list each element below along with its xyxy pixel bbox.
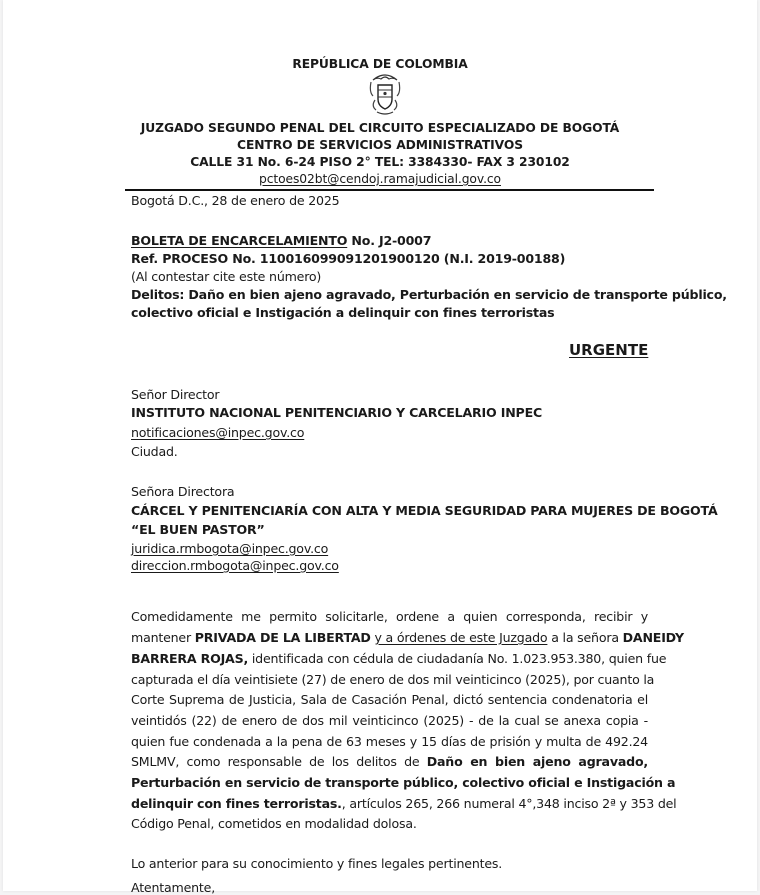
body-line-8: SMLMV, como responsable de los delitos d…	[131, 754, 648, 769]
date-line: Bogotá D.C., 28 de enero de 2025	[131, 193, 339, 208]
citation-note: (Al contestar cite este número)	[131, 269, 321, 284]
process-reference: Ref. PROCESO No. 11001609909120190012­0 …	[131, 251, 565, 266]
crimes-line-2: colectivo oficial e Instigación a delinq…	[131, 305, 554, 320]
document-title-line: BOLETA DE ENCARCELAMIENTO No. J2-0007	[131, 233, 431, 248]
body-line-6: veintidós (22) de enero de dos mil veint…	[131, 713, 648, 728]
coat-of-arms-icon	[367, 72, 403, 116]
body-line-9: Perturbación en servicio de transporte p…	[131, 775, 648, 790]
body-text: mantener	[131, 630, 195, 645]
crimes-line-1: Delitos: Daño en bien ajeno agravado, Pe…	[131, 287, 727, 302]
crime-name: Daño en bien ajeno agravado,	[427, 754, 648, 769]
document-type: BOLETA DE ENCARCELAMIENTO	[131, 233, 347, 248]
service-center: CENTRO DE SERVICIOS ADMINISTRATIVOS	[0, 138, 760, 152]
recipient2-email1-link[interactable]: juridica.rmbogota@inpec.gov.co	[131, 541, 328, 556]
recipient2-email2-link[interactable]: direccion.rmbogota@inpec.gov.co	[131, 558, 339, 573]
recipient1-email-link[interactable]: notificaciones@inpec.gov.co	[131, 425, 304, 440]
urgent-label: URGENTE	[569, 341, 648, 359]
body-text: , artículos 265, 266 numeral 4°,348 inci…	[342, 796, 677, 811]
recipient2-nickname: “EL BUEN PASTOR”	[131, 522, 265, 537]
recipient1-salutation: Señor Director	[131, 387, 219, 402]
body-line-5: Corte Suprema de Justicia, Sala de Casac…	[131, 692, 648, 707]
body-line-4: capturada el día veintisiete (27) de ene…	[131, 672, 648, 687]
person-first-name: DANEIDY	[623, 630, 684, 645]
body-line-7: quien fue condenada a la pena de 63 mese…	[131, 734, 648, 749]
document-number: No. J2-0007	[347, 233, 431, 248]
crime-name: delinquir con fines terroristas.	[131, 796, 342, 811]
sign-off: Atentamente,	[131, 880, 215, 891]
body-line-3: BARRERA ROJAS, identificada con cédula d…	[131, 651, 648, 666]
court-email-link[interactable]: pctoes02bt@cendoj.ramajudicial.gov.co	[0, 172, 760, 186]
recipient1-city: Ciudad.	[131, 444, 178, 459]
body-text: SMLMV, como responsable de los delitos d…	[131, 754, 427, 769]
body-line-2: mantener PRIVADA DE LA LIBERTAD y a órde…	[131, 630, 648, 645]
body-line-1: Comedidamente me permito solicitarle, or…	[131, 609, 648, 624]
recipient2-salutation: Señora Directora	[131, 484, 234, 499]
body-text: a la señora	[547, 630, 622, 645]
custody-status: PRIVADA DE LA LIBERTAD	[195, 630, 371, 645]
recipient1-institution: INSTITUTO NACIONAL PENITENCIARIO Y CARCE…	[131, 405, 542, 420]
court-orders-text: y a órdenes de este Juzgado	[374, 630, 547, 645]
closing-note: Lo anterior para su conocimiento y fines…	[131, 856, 502, 871]
header-divider	[125, 189, 654, 191]
body-line-11: Código Penal, cometidos en modalidad dol…	[131, 816, 417, 831]
court-address: CALLE 31 No. 6-24 PISO 2° TEL: 3384330- …	[0, 155, 760, 169]
recipient2-institution: CÁRCEL Y PENITENCIARÍA CON ALTA Y MEDIA …	[131, 503, 718, 518]
person-last-name: BARRERA ROJAS,	[131, 651, 248, 666]
body-line-10: delinquir con fines terroristas., artícu…	[131, 796, 648, 811]
country-heading: REPÚBLICA DE COLOMBIA	[0, 57, 760, 71]
court-name: JUZGADO SEGUNDO PENAL DEL CIRCUITO ESPEC…	[0, 121, 760, 135]
body-text: identificada con cédula de ciudadanía No…	[248, 651, 666, 666]
